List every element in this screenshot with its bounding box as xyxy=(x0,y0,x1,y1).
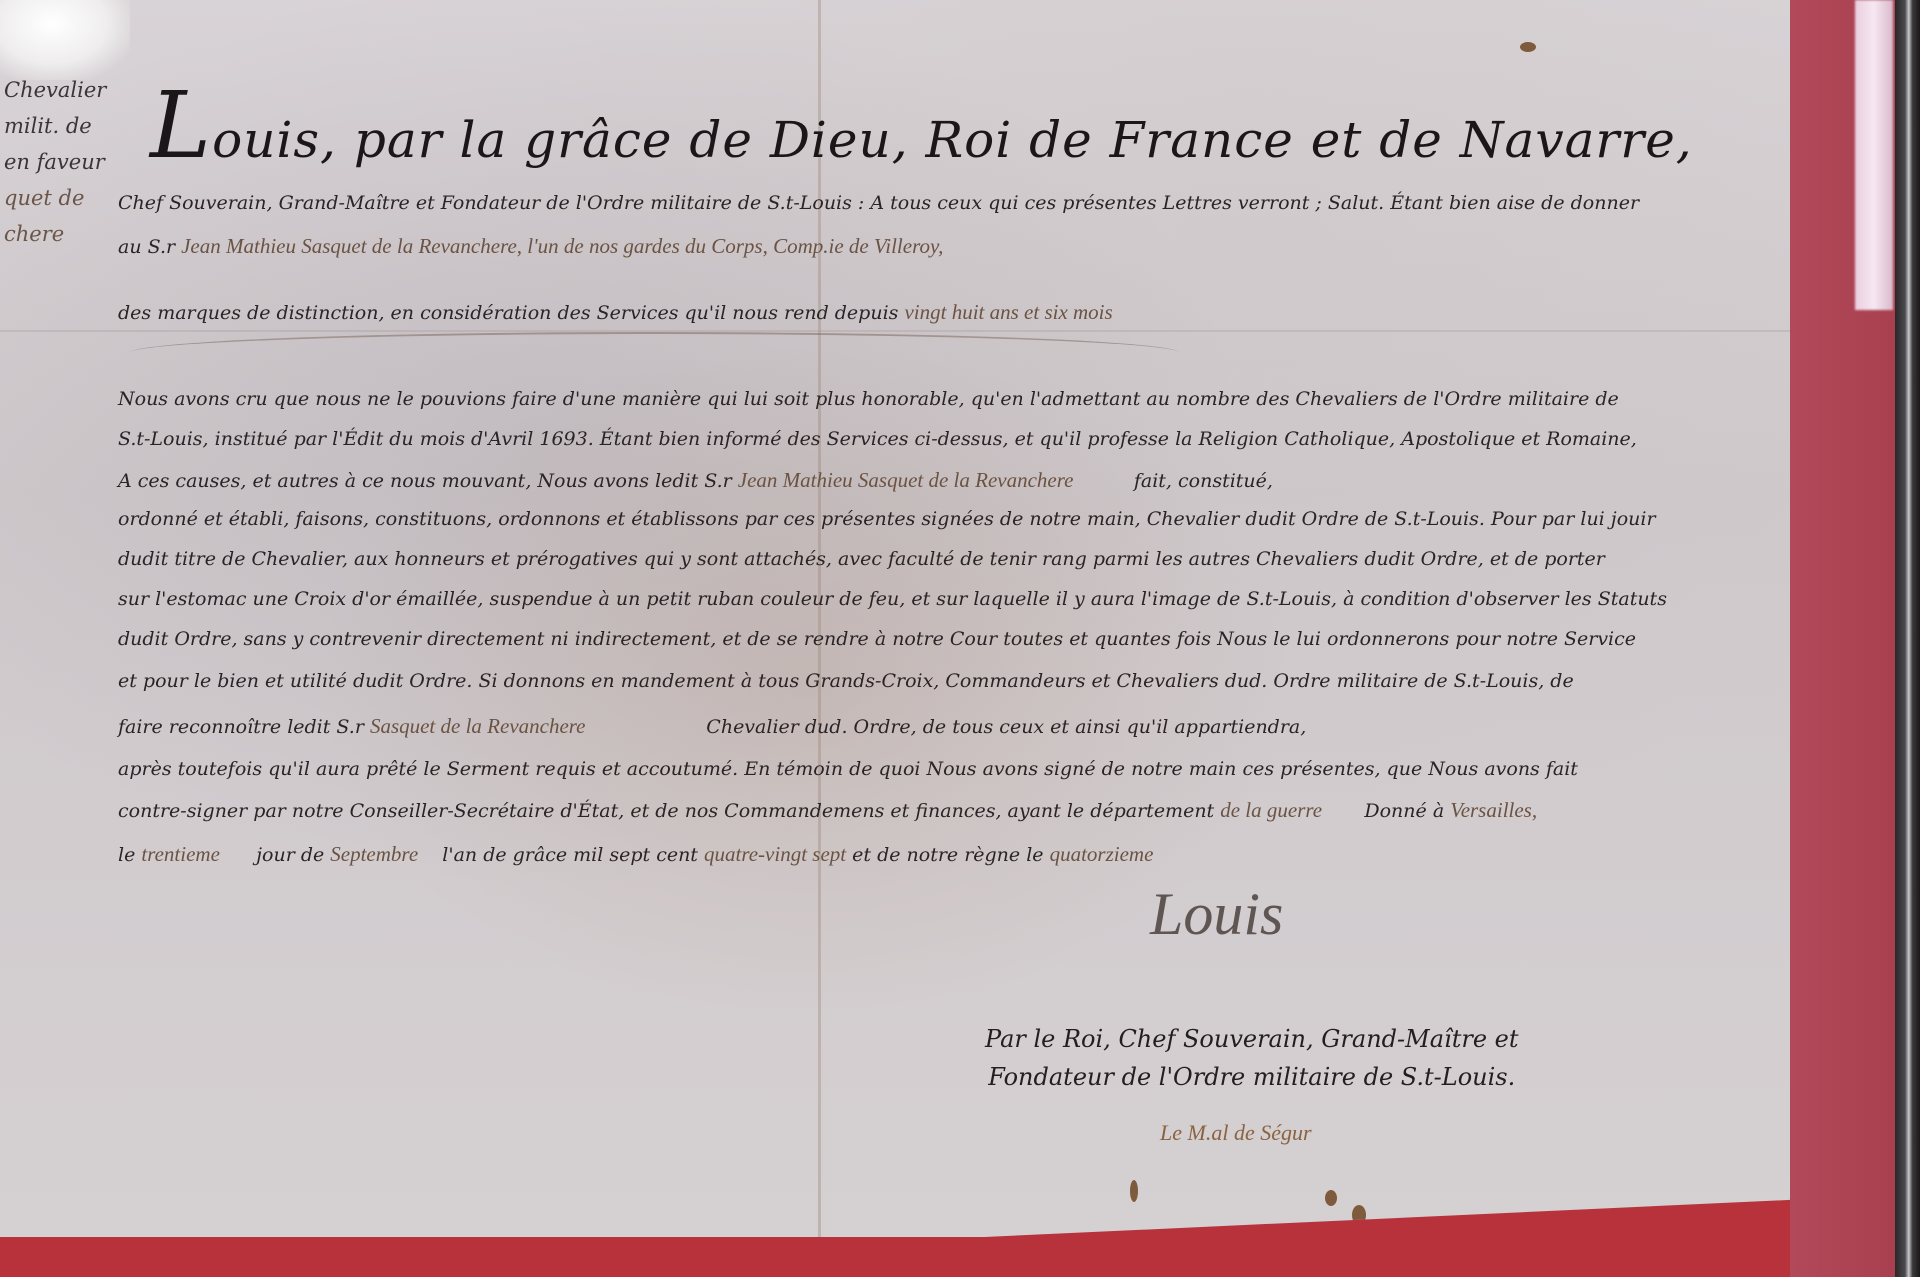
text-line: le trentieme jour de Septembre l'an de g… xyxy=(118,842,1153,867)
minister-signature: Le M.al de Ségur xyxy=(1160,1120,1312,1146)
text-line: Nous avons cru que nous ne le pouvions f… xyxy=(118,388,1619,410)
text-line: dudit titre de Chevalier, aux honneurs e… xyxy=(118,548,1605,570)
text-line: sur l'estomac une Croix d'or émaillée, s… xyxy=(118,588,1667,610)
glass-glare xyxy=(0,0,130,80)
title-rest: ouis, par la grâce de Dieu, Roi de Franc… xyxy=(212,111,1693,169)
king-signature: Louis xyxy=(1150,880,1283,949)
ink-stain xyxy=(1130,1180,1138,1202)
decorative-flourish xyxy=(130,332,1180,374)
text-line: ordonné et établi, faisons, constituons,… xyxy=(118,508,1656,530)
vertical-fold xyxy=(818,0,821,1237)
horizontal-fold xyxy=(0,330,1790,332)
document-title: Louis, par la grâce de Dieu, Roi de Fran… xyxy=(150,72,1693,179)
text-line: dudit Ordre, sans y contrevenir directem… xyxy=(118,628,1636,650)
ink-stain xyxy=(1325,1190,1337,1206)
text-line: des marques de distinction, en considéra… xyxy=(118,300,1113,325)
title-initial: L xyxy=(150,72,212,179)
ink-stain xyxy=(1520,42,1536,52)
text-line: après toutefois qu'il aura prêté le Serm… xyxy=(118,758,1578,780)
text-line: contre-signer par notre Conseiller-Secré… xyxy=(118,798,1537,823)
text-line: Chef Souverain, Grand-Maître et Fondateu… xyxy=(118,192,1639,214)
text-line: et pour le bien et utilité dudit Ordre. … xyxy=(118,670,1574,692)
text-line: S.t-Louis, institué par l'Édit du mois d… xyxy=(118,428,1637,450)
text-line: faire reconnoître ledit S.r Sasquet de l… xyxy=(118,714,1306,739)
frame-edge xyxy=(1895,0,1920,1277)
closing-formula: Par le Roi, Chef Souverain, Grand-Maître… xyxy=(985,1020,1519,1096)
text-line: A ces causes, et autres à ce nous mouvan… xyxy=(118,468,1273,493)
margin-note: Chevalier milit. de en faveur quet de ch… xyxy=(4,72,124,252)
parchment-document: Chevalier milit. de en faveur quet de ch… xyxy=(0,0,1790,1237)
light-reflection xyxy=(1855,0,1893,310)
text-line: au S.r Jean Mathieu Sasquet de la Revanc… xyxy=(118,234,943,259)
